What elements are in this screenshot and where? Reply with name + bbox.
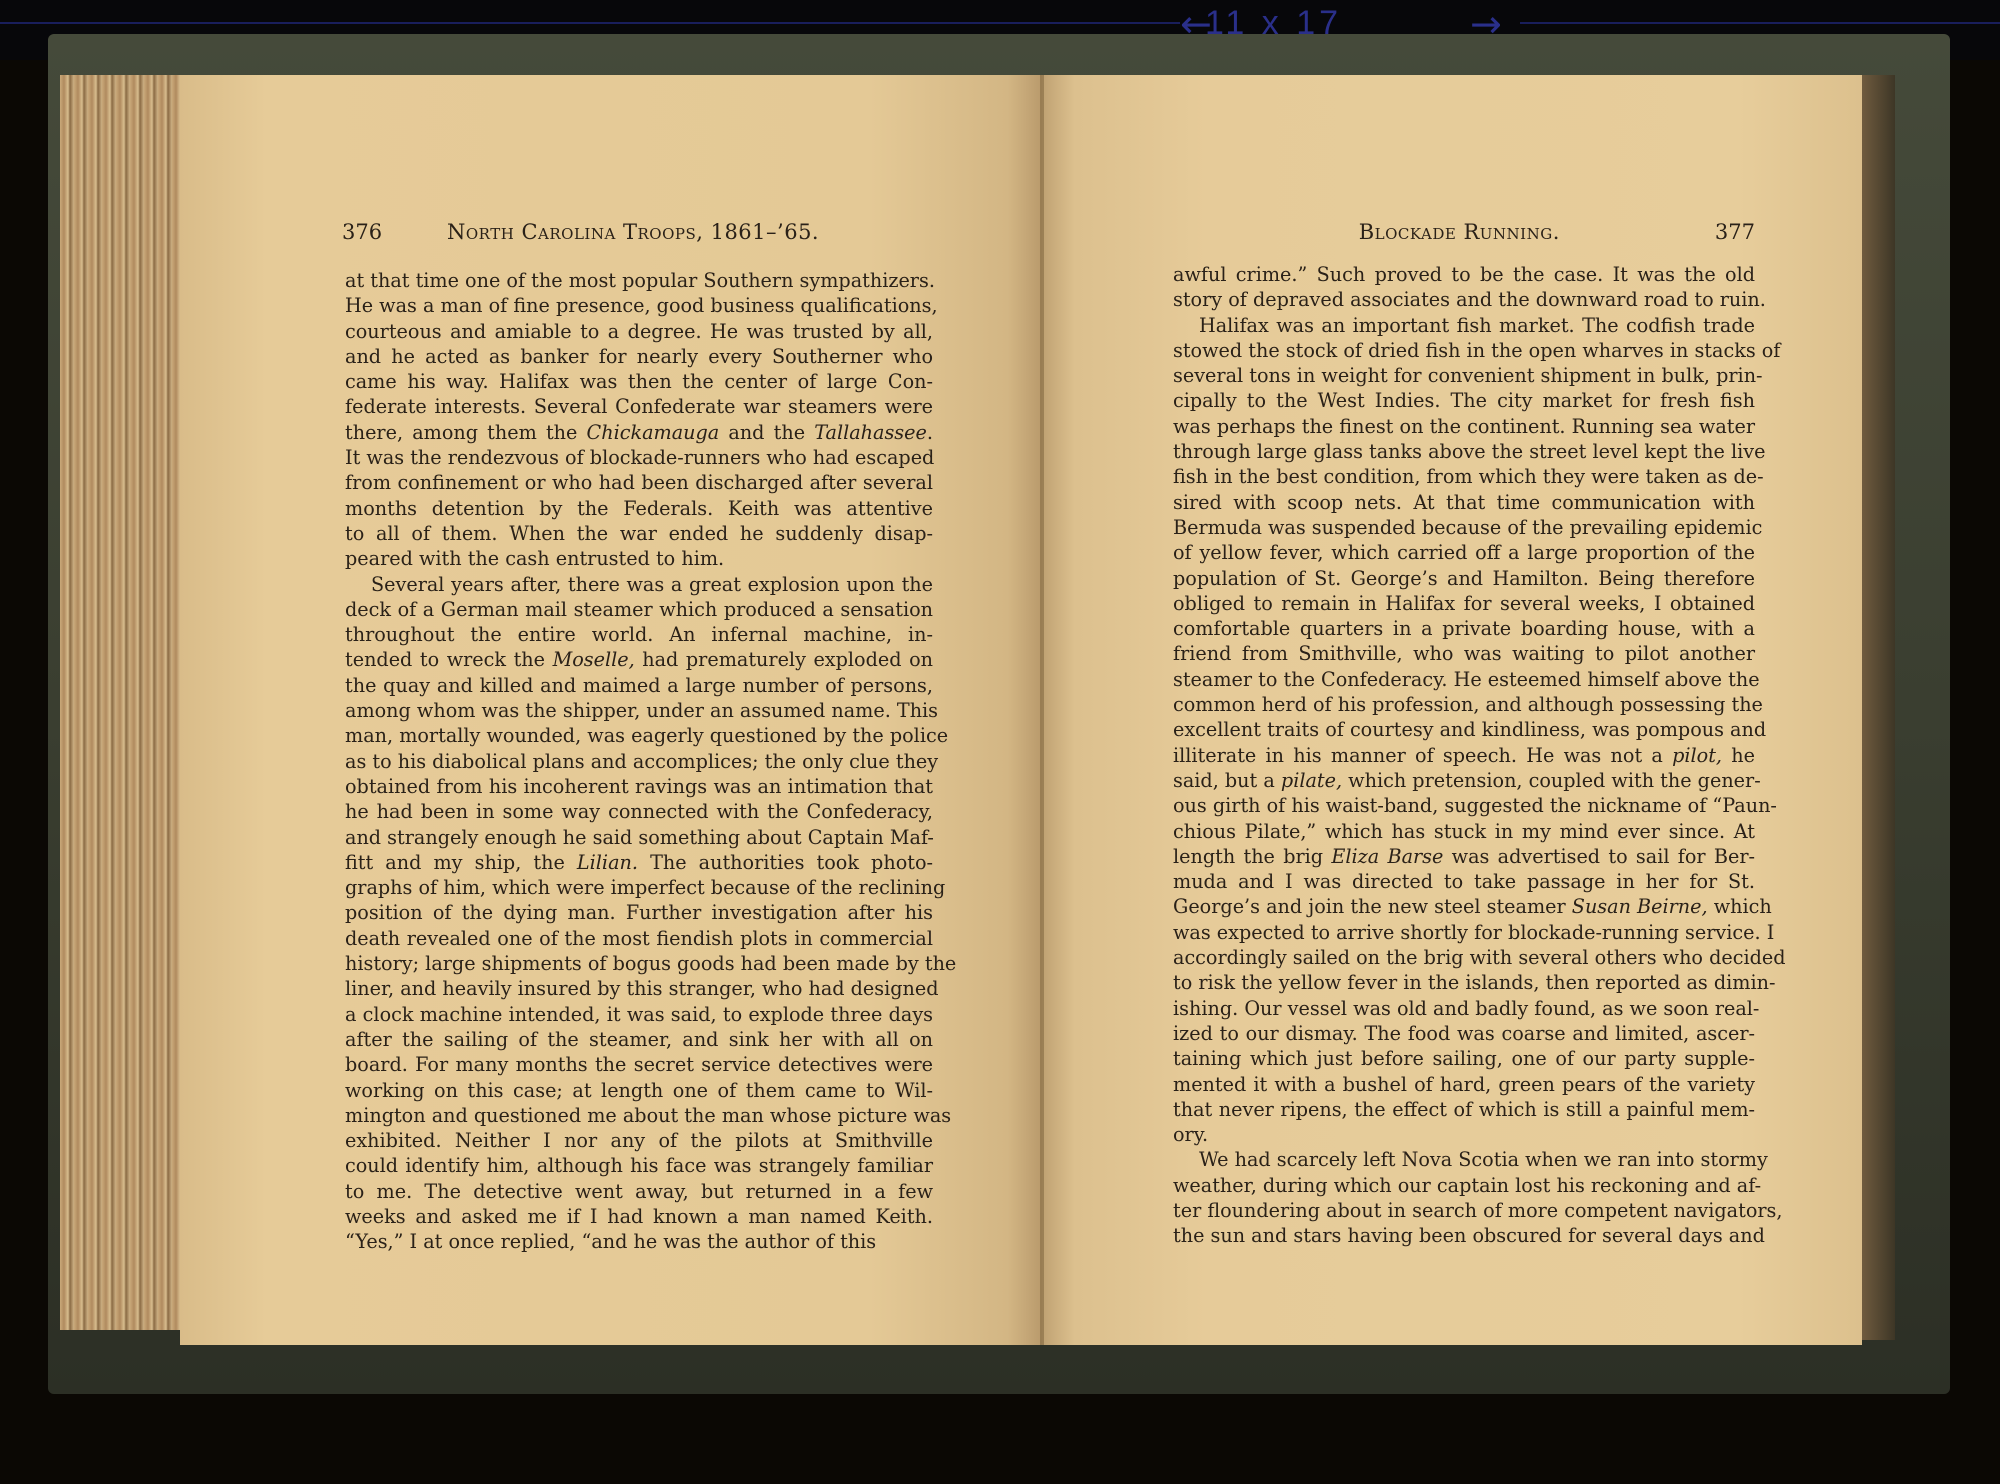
text-line: length the brig Eliza Barse was advertis… — [1173, 844, 1755, 869]
text-line: to all of them. When the war ended he su… — [345, 521, 933, 546]
text-line: cipally to the West Indies. The city mar… — [1173, 388, 1755, 413]
text-line: We had scarcely left Nova Scotia when we… — [1173, 1147, 1755, 1172]
text-line: a clock machine intended, it was said, t… — [345, 1002, 933, 1027]
text-line: chious Pilate,” which has stuck in my mi… — [1173, 819, 1755, 844]
page-edges-left — [60, 75, 190, 1330]
text-line: mington and questioned me about the man … — [345, 1103, 933, 1128]
text-line: stowed the stock of dried fish in the op… — [1173, 338, 1755, 363]
text-line: was expected to arrive shortly for block… — [1173, 920, 1755, 945]
text-line: weather, during which our captain lost h… — [1173, 1173, 1755, 1198]
text-line: friend from Smithville, who was waiting … — [1173, 641, 1755, 666]
text-line: he had been in some way connected with t… — [345, 799, 933, 824]
text-line: and he acted as banker for nearly every … — [345, 344, 933, 369]
text-line: to me. The detective went away, but retu… — [345, 1179, 933, 1204]
left-running-head: 376 North Carolina Troops, 1861–’65. — [342, 220, 942, 244]
text-line: fish in the best condition, from which t… — [1173, 464, 1755, 489]
right-running-head: Blockade Running. 377 — [1175, 220, 1755, 244]
text-line: obtained from his incoherent ravings was… — [345, 774, 933, 799]
text-line: among whom was the shipper, under an ass… — [345, 698, 933, 723]
left-page-body: at that time one of the most popular Sou… — [345, 268, 933, 1255]
text-line: that never ripens, the effect of which i… — [1173, 1097, 1755, 1122]
right-page-body: awful crime.” Such proved to be the case… — [1173, 262, 1755, 1249]
text-line: of yellow fever, which carried off a lar… — [1173, 540, 1755, 565]
text-line: the sun and stars having been obscured f… — [1173, 1223, 1755, 1248]
text-line: awful crime.” Such proved to be the case… — [1173, 262, 1755, 287]
text-line: from confinement or who had been dischar… — [345, 470, 933, 495]
text-line: deck of a German mail steamer which prod… — [345, 597, 933, 622]
text-line: comfortable quarters in a private boardi… — [1173, 616, 1755, 641]
text-line: accordingly sailed on the brig with seve… — [1173, 945, 1755, 970]
text-line: courteous and amiable to a degree. He wa… — [345, 319, 933, 344]
text-line: sired with scoop nets. At that time comm… — [1173, 490, 1755, 515]
text-line: through large glass tanks above the stre… — [1173, 439, 1755, 464]
text-line: could identify him, although his face wa… — [345, 1153, 933, 1178]
text-line: obliged to remain in Halifax for several… — [1173, 591, 1755, 616]
text-line: said, but a pilate, which pretension, co… — [1173, 768, 1755, 793]
text-line: months detention by the Federals. Keith … — [345, 496, 933, 521]
text-line: federate interests. Several Confederate … — [345, 394, 933, 419]
text-line: and strangely enough he said something a… — [345, 825, 933, 850]
text-line: history; large shipments of bogus goods … — [345, 951, 933, 976]
text-line: steamer to the Confederacy. He esteemed … — [1173, 667, 1755, 692]
text-line: Several years after, there was a great e… — [345, 572, 933, 597]
text-line: liner, and heavily insured by this stran… — [345, 976, 933, 1001]
text-line: working on this case; at length one of t… — [345, 1078, 933, 1103]
text-line: came his way. Halifax was then the cente… — [345, 369, 933, 394]
text-line: illiterate in his manner of speech. He w… — [1173, 743, 1755, 768]
text-line: tended to wreck the Moselle, had prematu… — [345, 647, 933, 672]
text-line: at that time one of the most popular Sou… — [345, 268, 933, 293]
text-line: board. For many months the secret servic… — [345, 1052, 933, 1077]
text-line: Bermuda was suspended because of the pre… — [1173, 515, 1755, 540]
ruler-line-right — [1520, 22, 2000, 24]
text-line: ized to our dismay. The food was coarse … — [1173, 1021, 1755, 1046]
text-line: muda and I was directed to take passage … — [1173, 869, 1755, 894]
ruler-line-left — [0, 22, 1180, 24]
text-line: ory. — [1173, 1122, 1755, 1147]
text-line: as to his diabolical plans and accomplic… — [345, 749, 933, 774]
text-line: throughout the entire world. An infernal… — [345, 622, 933, 647]
text-line: the quay and killed and maimed a large n… — [345, 673, 933, 698]
text-line: there, among them the Chickamauga and th… — [345, 420, 933, 445]
text-line: story of depraved associates and the dow… — [1173, 287, 1755, 312]
page-number-right: 377 — [1715, 220, 1755, 244]
text-line: exhibited. Neither I nor any of the pilo… — [345, 1128, 933, 1153]
text-line: ishing. Our vessel was old and badly fou… — [1173, 996, 1755, 1021]
running-head-title-right: Blockade Running. — [1359, 220, 1560, 244]
text-line: mented it with a bushel of hard, green p… — [1173, 1072, 1755, 1097]
text-line: taining which just before sailing, one o… — [1173, 1046, 1755, 1071]
text-line: fitt and my ship, the Lilian. The author… — [345, 850, 933, 875]
text-line: to risk the yellow fever in the islands,… — [1173, 970, 1755, 995]
text-line: common herd of his profession, and altho… — [1173, 692, 1755, 717]
text-line: death revealed one of the most fiendish … — [345, 926, 933, 951]
book-gutter — [1040, 75, 1044, 1345]
running-head-title-left: North Carolina Troops, 1861–’65. — [447, 220, 819, 244]
text-line: man, mortally wounded, was eagerly quest… — [345, 723, 933, 748]
text-line: Halifax was an important fish market. Th… — [1173, 313, 1755, 338]
text-line: several tons in weight for convenient sh… — [1173, 363, 1755, 388]
page-number-left: 376 — [342, 220, 447, 244]
text-line: graphs of him, which were imperfect beca… — [345, 875, 933, 900]
text-line: excellent traits of courtesy and kindlin… — [1173, 717, 1755, 742]
text-line: after the sailing of the steamer, and si… — [345, 1027, 933, 1052]
text-line: was perhaps the finest on the continent.… — [1173, 414, 1755, 439]
text-line: ous girth of his waist-band, suggested t… — [1173, 793, 1755, 818]
text-line: “Yes,” I at once replied, “and he was th… — [345, 1229, 933, 1254]
text-line: position of the dying man. Further inves… — [345, 900, 933, 925]
text-line: peared with the cash entrusted to him. — [345, 546, 933, 571]
text-line: weeks and asked me if I had known a man … — [345, 1204, 933, 1229]
text-line: George’s and join the new steel steamer … — [1173, 894, 1755, 919]
text-line: ter floundering about in search of more … — [1173, 1198, 1755, 1223]
text-line: population of St. George’s and Hamilton.… — [1173, 566, 1755, 591]
text-line: It was the rendezvous of blockade-runner… — [345, 445, 933, 470]
text-line: He was a man of fine presence, good busi… — [345, 293, 933, 318]
